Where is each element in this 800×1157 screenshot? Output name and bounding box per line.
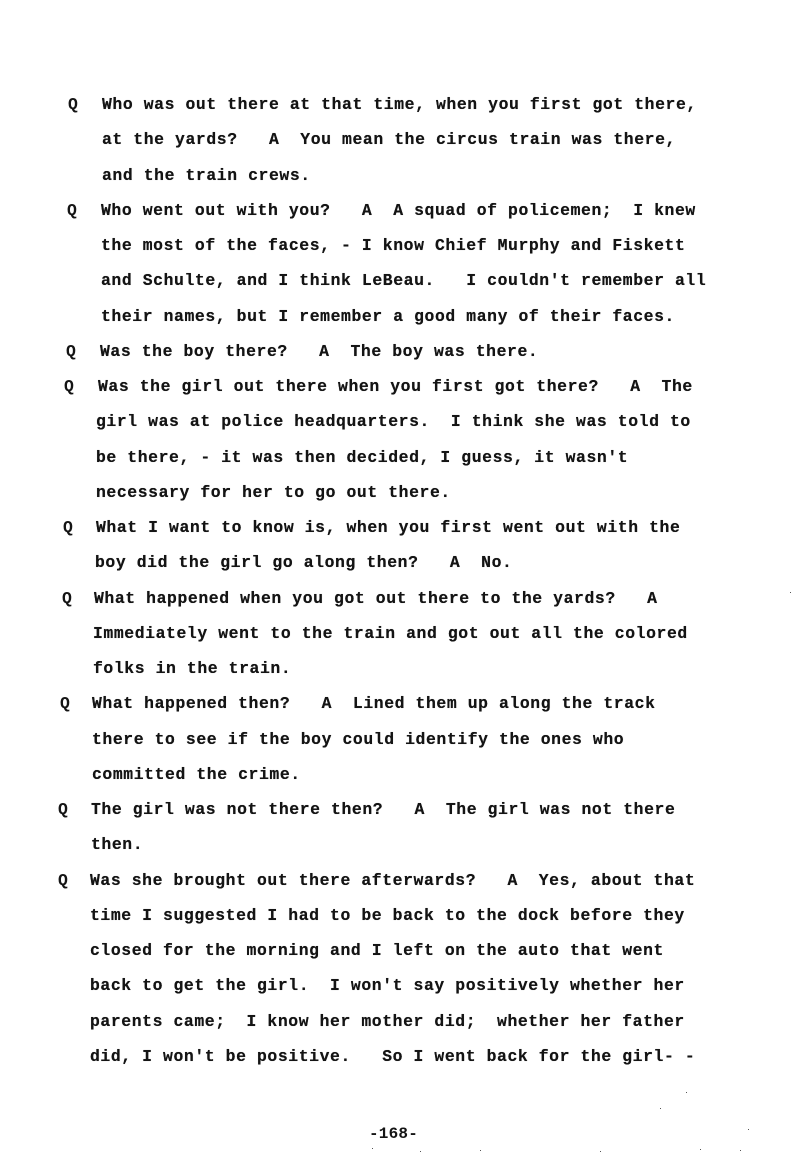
transcript-line: Was the girl out there when you first go… — [98, 377, 693, 397]
scan-speck — [790, 592, 791, 593]
transcript-line: and the train crews. — [102, 166, 311, 186]
question-marker: Q — [58, 871, 68, 891]
page-number: -168- — [369, 1124, 418, 1144]
question-marker: Q — [68, 95, 78, 115]
transcript-line: did, I won't be positive. So I went back… — [90, 1047, 695, 1067]
transcript-page: QWho was out there at that time, when yo… — [0, 0, 800, 1157]
scan-speck — [686, 1092, 687, 1093]
scan-speck — [660, 1108, 661, 1109]
transcript-line: at the yards? A You mean the circus trai… — [102, 130, 676, 150]
scan-speck — [748, 1129, 749, 1130]
question-marker: Q — [62, 589, 72, 609]
transcript-line: the most of the faces, - I know Chief Mu… — [101, 236, 685, 256]
question-marker: Q — [60, 694, 70, 714]
transcript-line: committed the crime. — [92, 765, 301, 785]
scan-speck — [600, 1151, 601, 1152]
transcript-line: Who went out with you? A A squad of poli… — [101, 201, 696, 221]
transcript-line: parents came; I know her mother did; whe… — [90, 1012, 685, 1032]
transcript-line: necessary for her to go out there. — [96, 483, 451, 503]
scan-speck — [700, 1149, 701, 1150]
question-marker: Q — [63, 518, 73, 538]
transcript-line: Was she brought out there afterwards? A … — [90, 871, 695, 891]
transcript-line: closed for the morning and I left on the… — [90, 941, 664, 961]
transcript-line: then. — [91, 835, 143, 855]
transcript-line: What happened then? A Lined them up alon… — [92, 694, 656, 714]
question-marker: Q — [66, 342, 76, 362]
transcript-line: Was the boy there? A The boy was there. — [100, 342, 538, 362]
transcript-line: What happened when you got out there to … — [94, 589, 658, 609]
transcript-line: The girl was not there then? A The girl … — [91, 800, 675, 820]
transcript-line: their names, but I remember a good many … — [101, 307, 675, 327]
transcript-line: boy did the girl go along then? A No. — [95, 553, 512, 573]
question-marker: Q — [58, 800, 68, 820]
transcript-line: back to get the girl. I won't say positi… — [90, 976, 685, 996]
transcript-line: Immediately went to the train and got ou… — [93, 624, 688, 644]
transcript-line: folks in the train. — [93, 659, 291, 679]
question-marker: Q — [67, 201, 77, 221]
transcript-line: Who was out there at that time, when you… — [102, 95, 697, 115]
scan-speck — [372, 1148, 373, 1149]
transcript-line: be there, - it was then decided, I guess… — [96, 448, 628, 468]
question-marker: Q — [64, 377, 74, 397]
scan-speck — [740, 1150, 741, 1151]
transcript-line: girl was at police headquarters. I think… — [96, 412, 691, 432]
transcript-line: What I want to know is, when you first w… — [96, 518, 680, 538]
transcript-line: and Schulte, and I think LeBeau. I could… — [101, 271, 706, 291]
transcript-line: time I suggested I had to be back to the… — [90, 906, 685, 926]
scan-speck — [420, 1151, 421, 1152]
scan-speck — [480, 1150, 481, 1151]
transcript-line: there to see if the boy could identify t… — [92, 730, 624, 750]
